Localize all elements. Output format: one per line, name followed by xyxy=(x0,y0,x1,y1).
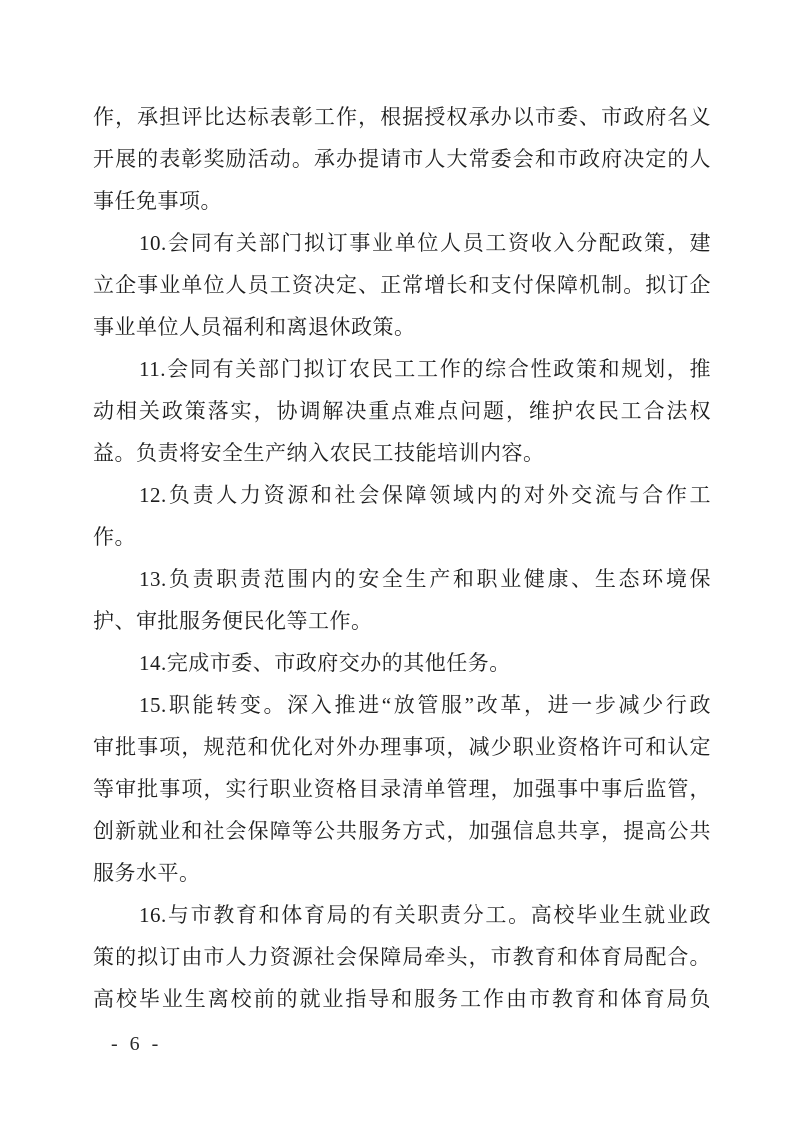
paragraph: 14.完成市委、市政府交办的其他任务。 xyxy=(93,642,711,684)
text-line: 策的拟订由市人力资源社会保障局牵头，市教育和体育局配合。 xyxy=(93,936,711,978)
text-line: 服务水平。 xyxy=(93,852,711,894)
paragraph: 10.会同有关部门拟订事业单位人员工资收入分配政策，建立企事业单位人员工资决定、… xyxy=(93,222,711,348)
text-line: 益。负责将安全生产纳入农民工技能培训内容。 xyxy=(93,432,711,474)
text-line: 立企事业单位人员工资决定、正常增长和支付保障机制。拟订企 xyxy=(93,264,711,306)
text-line: 作。 xyxy=(93,516,711,558)
text-line: 创新就业和社会保障等公共服务方式，加强信息共享，提高公共 xyxy=(93,810,711,852)
text-line: 15.职能转变。深入推进“放管服”改革，进一步减少行政 xyxy=(93,684,711,726)
text-line: 14.完成市委、市政府交办的其他任务。 xyxy=(93,642,711,684)
text-line: 事任免事项。 xyxy=(93,180,711,222)
paragraph: 11.会同有关部门拟订农民工工作的综合性政策和规划，推动相关政策落实，协调解决重… xyxy=(93,348,711,474)
paragraph: 13.负责职责范围内的安全生产和职业健康、生态环境保护、审批服务便民化等工作。 xyxy=(93,558,711,642)
text-line: 审批事项，规范和优化对外办理事项，减少职业资格许可和认定 xyxy=(93,726,711,768)
paragraph: 12.负责人力资源和社会保障领域内的对外交流与合作工作。 xyxy=(93,474,711,558)
text-line: 护、审批服务便民化等工作。 xyxy=(93,600,711,642)
text-line: 开展的表彰奖励活动。承办提请市人大常委会和市政府决定的人 xyxy=(93,138,711,180)
text-line: 事业单位人员福利和离退休政策。 xyxy=(93,306,711,348)
document-body: 作，承担评比达标表彰工作，根据授权承办以市委、市政府名义开展的表彰奖励活动。承办… xyxy=(93,96,711,1020)
text-line: 13.负责职责范围内的安全生产和职业健康、生态环境保 xyxy=(93,558,711,600)
document-page: 作，承担评比达标表彰工作，根据授权承办以市委、市政府名义开展的表彰奖励活动。承办… xyxy=(0,0,793,1122)
paragraph: 作，承担评比达标表彰工作，根据授权承办以市委、市政府名义开展的表彰奖励活动。承办… xyxy=(93,96,711,222)
paragraph: 16.与市教育和体育局的有关职责分工。高校毕业生就业政策的拟订由市人力资源社会保… xyxy=(93,894,711,1020)
text-line: 11.会同有关部门拟订农民工工作的综合性政策和规划，推 xyxy=(93,348,711,390)
text-line: 12.负责人力资源和社会保障领域内的对外交流与合作工 xyxy=(93,474,711,516)
text-line: 10.会同有关部门拟订事业单位人员工资收入分配政策，建 xyxy=(93,222,711,264)
text-line: 等审批事项，实行职业资格目录清单管理，加强事中事后监管， xyxy=(93,768,711,810)
text-line: 16.与市教育和体育局的有关职责分工。高校毕业生就业政 xyxy=(93,894,711,936)
text-line: 动相关政策落实，协调解决重点难点问题，维护农民工合法权 xyxy=(93,390,711,432)
text-line: 高校毕业生离校前的就业指导和服务工作由市教育和体育局负 xyxy=(93,978,711,1020)
page-number: - 6 - xyxy=(111,1030,158,1058)
paragraph: 15.职能转变。深入推进“放管服”改革，进一步减少行政审批事项，规范和优化对外办… xyxy=(93,684,711,894)
text-line: 作，承担评比达标表彰工作，根据授权承办以市委、市政府名义 xyxy=(93,96,711,138)
